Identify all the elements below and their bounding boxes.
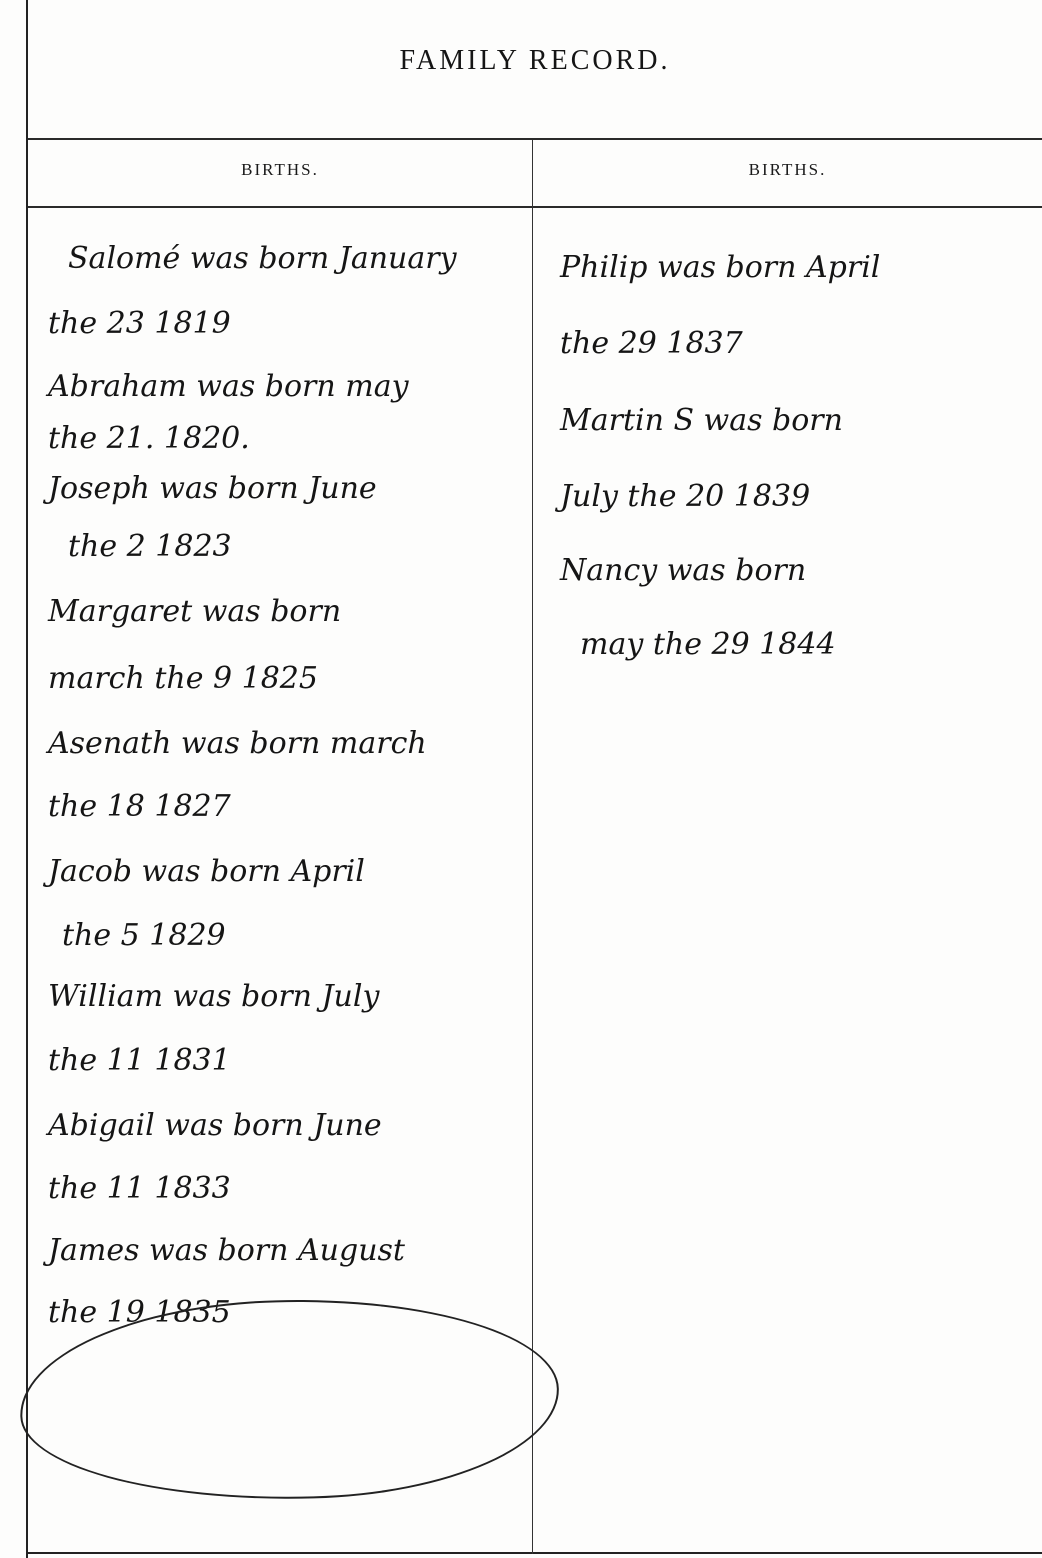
entry-line: may the 29 1844 [560,608,1030,682]
births-column-right: Philip was born April the 29 1837 Martin… [560,230,1030,682]
entry-line: Martin S was born [560,382,1030,460]
entry-line: Nancy was born [560,534,1030,608]
entry-line: Salomé was born January [48,230,528,288]
entry-line: the 2 1823 [48,514,528,580]
entry-line: William was born July [48,968,528,1026]
birth-entry-jacob: Jacob was born April the 5 1829 [48,840,528,968]
births-header-left: BIRTHS. [28,160,532,190]
entry-line: Abigail was born June [48,1096,528,1156]
birth-entry-nancy: Nancy was born may the 29 1844 [560,534,1030,682]
births-header-right: BIRTHS. [533,160,1042,190]
births-column-left: Salomé was born January the 23 1819 Abra… [48,230,528,1346]
entry-line: Abraham was born may [48,360,528,414]
entry-line: the 11 1833 [48,1156,528,1222]
birth-entry-salome: Salomé was born January the 23 1819 [48,230,528,360]
header-rule-top [28,138,1042,140]
birth-entry-asenath: Asenath was born march the 18 1827 [48,714,528,840]
page-border-bottom [26,1552,1042,1554]
entry-line: Joseph was born June [48,464,528,514]
birth-entry-william: William was born July the 11 1831 [48,968,528,1096]
birth-entry-joseph: Joseph was born June the 2 1823 [48,464,528,580]
header-rule-bottom [28,206,1042,208]
birth-entry-martin: Martin S was born July the 20 1839 [560,382,1030,534]
family-record-page: FAMILY RECORD. BIRTHS. BIRTHS. Salomé wa… [0,0,1042,1558]
page-border-left [26,0,28,1558]
birth-entry-margaret: Margaret was born march the 9 1825 [48,580,528,714]
birth-entry-philip: Philip was born April the 29 1837 [560,230,1030,382]
page-title: FAMILY RECORD. [28,45,1042,77]
entry-line: the 23 1819 [48,288,528,360]
entry-line: Margaret was born [48,580,528,644]
entry-line: the 18 1827 [48,774,528,840]
entry-line: Jacob was born April [48,840,528,904]
birth-entry-abigail: Abigail was born June the 11 1833 [48,1096,528,1222]
entry-line: James was born August [48,1222,528,1280]
entry-line: the 11 1831 [48,1026,528,1096]
birth-entry-abraham: Abraham was born may the 21. 1820. [48,360,528,464]
entry-line: the 29 1837 [560,306,1030,382]
entry-line: the 21. 1820. [48,414,528,464]
entry-line: march the 9 1825 [48,644,528,714]
column-divider [532,140,533,1554]
entry-line: July the 20 1839 [560,460,1030,534]
title-area: FAMILY RECORD. [28,0,1042,138]
entry-line: Philip was born April [560,230,1030,306]
entry-line: Asenath was born march [48,714,528,774]
entry-line: the 5 1829 [48,904,528,968]
